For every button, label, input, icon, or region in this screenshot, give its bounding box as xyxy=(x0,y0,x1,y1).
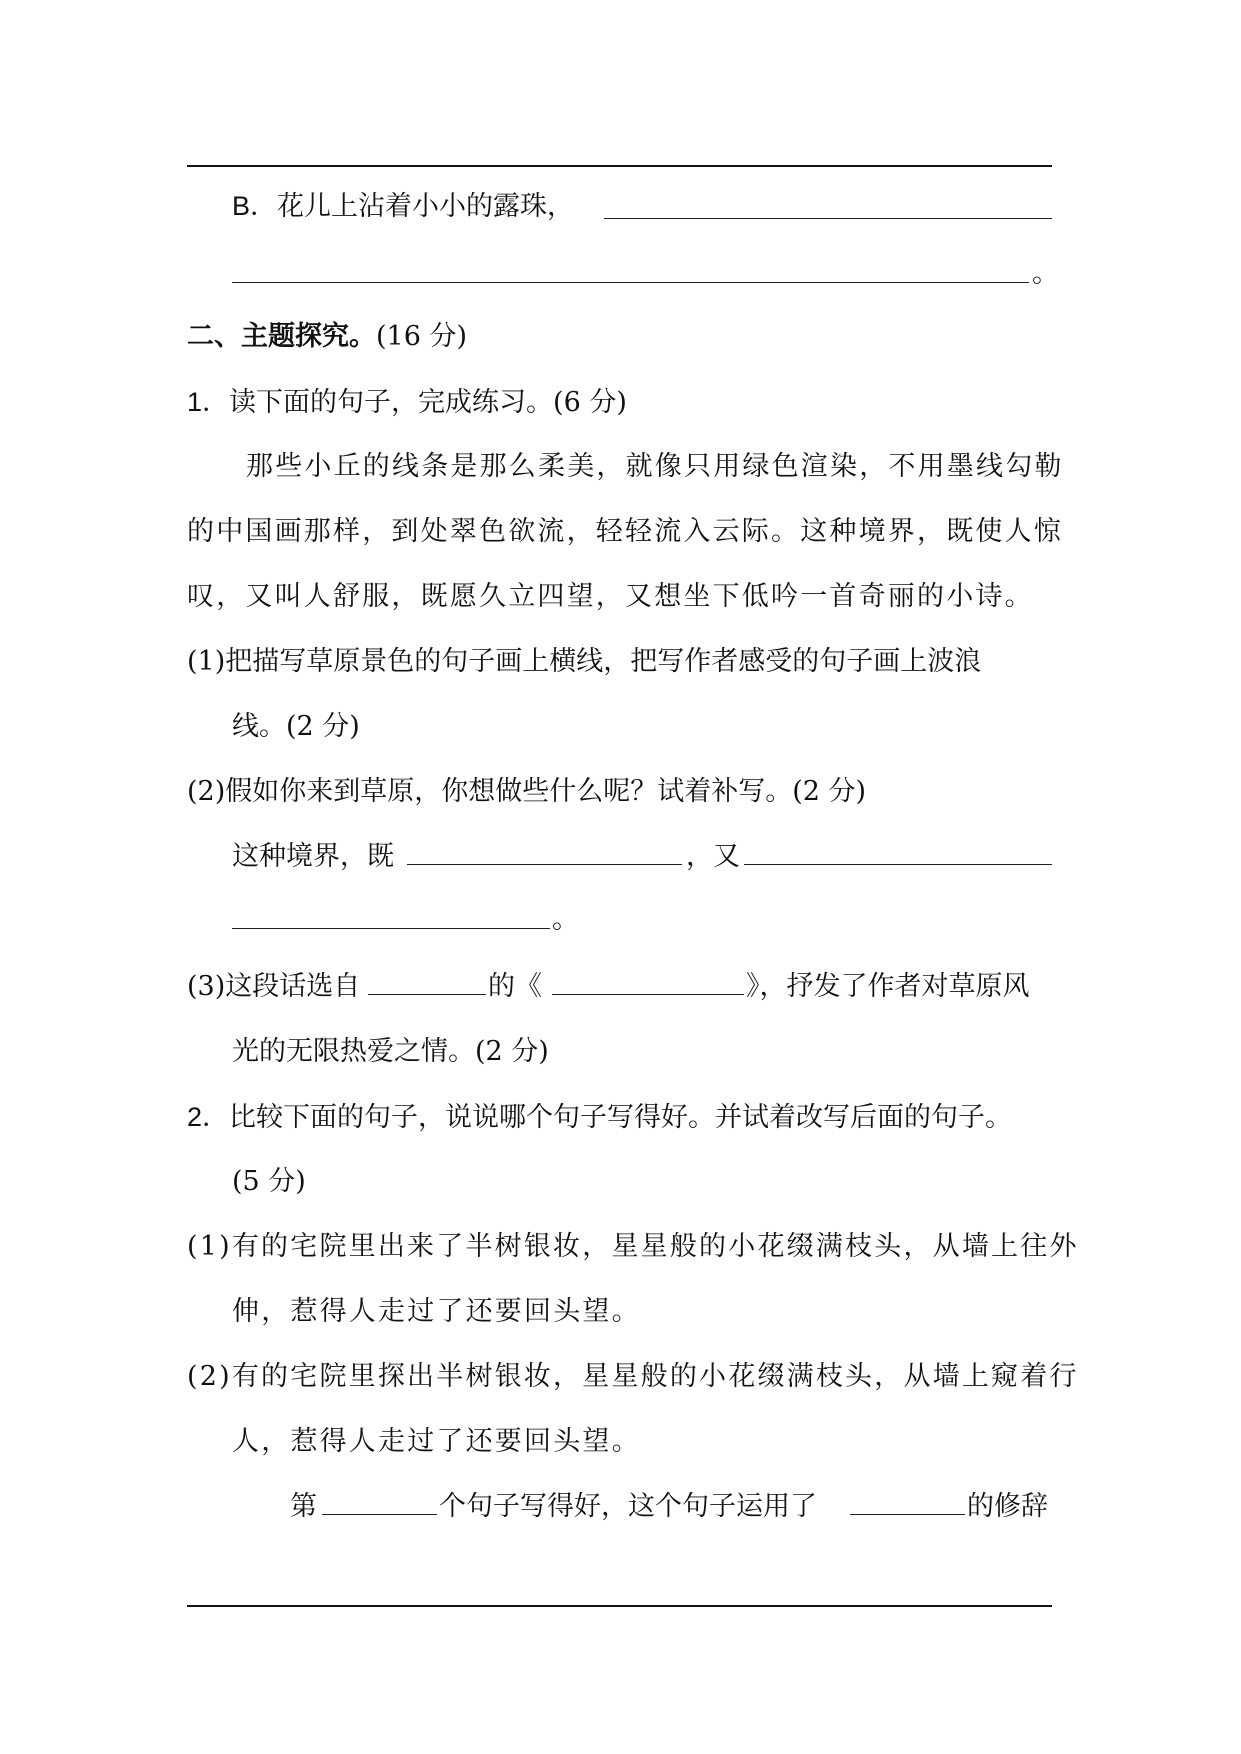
q1-prompt: 读下面的句子，完成练习。 xyxy=(229,387,553,418)
item-b-answer-blank-1[interactable] xyxy=(604,190,1052,219)
section-score: (16 分) xyxy=(376,321,467,352)
q1-sub1-label: (1) xyxy=(187,646,225,677)
q1-sub1-line-1: (1)把描写草原景色的句子画上横线，把写作者感受的句子画上波浪 xyxy=(187,644,981,680)
q1-sub3-line-2: 光的无限热爱之情。(2 分) xyxy=(232,1034,549,1070)
q1-sub2-line-1: (2)假如你来到草原，你想做些什么呢？试着补写。(2 分) xyxy=(187,774,866,810)
item-b: B．花儿上沾着小小的露珠， xyxy=(232,188,574,225)
q2-sentence1-label: (1) xyxy=(187,1231,232,1262)
q1-sub2-score: (2 分) xyxy=(792,776,866,807)
q2-sentence1-line-2: 伸，惹得人走过了还要回头望。 xyxy=(232,1294,641,1330)
q2-sentence2-text: 有的宅院里探出半树银妆，星星般的小花缀满枝头，从墙上窥着行 xyxy=(232,1361,1079,1392)
q2-answer-part3: 的修辞 xyxy=(967,1489,1048,1525)
q1-sub1-text: 把描写草原景色的句子画上横线，把写作者感受的句子画上波浪 xyxy=(225,646,981,677)
q2-sentence1-line-1: (1)有的宅院里出来了半树银妆，星星般的小花缀满枝头，从墙上往外 xyxy=(187,1229,1079,1265)
q1-sub1-text-cont: 线。 xyxy=(232,711,286,742)
top-rule xyxy=(187,165,1052,167)
q1-sub2-fill-prefix: 这种境界，既 xyxy=(232,839,394,875)
bottom-rule xyxy=(187,1605,1052,1607)
q1-sub2-label: (2) xyxy=(187,776,225,807)
q2-answer-rhetoric-blank[interactable] xyxy=(850,1486,965,1515)
q2-score: (5 分) xyxy=(232,1164,306,1200)
section-heading: 二、主题探究。(16 分) xyxy=(187,318,467,355)
q1-sub3-author-blank[interactable] xyxy=(368,966,486,995)
q2-heading: 2．比较下面的句子，说说哪个句子写得好。并试着改写后面的句子。 xyxy=(187,1099,1012,1136)
q1-passage-line-2: 的中国画那样，到处翠色欲流，轻轻流入云际。这种境界，既使人惊 xyxy=(187,514,1063,550)
q1-sub2-fill-end: 。 xyxy=(552,902,579,938)
q2-prompt: 比较下面的句子，说说哪个句子写得好。并试着改写后面的句子。 xyxy=(229,1102,1012,1133)
q1-passage-line-1: 那些小丘的线条是那么柔美，就像只用绿色渲染，不用墨线勾勒 xyxy=(246,449,1064,485)
q1-sub3-part1: (3)这段话选自 xyxy=(187,969,360,1005)
q2-answer-part2: 个句子写得好，这个句子运用了 xyxy=(439,1489,817,1525)
q1-sub3-score: (2 分) xyxy=(475,1036,549,1067)
q2-sentence2-line-2: 人，惹得人走过了还要回头望。 xyxy=(232,1424,641,1460)
item-b-text: 花儿上沾着小小的露珠， xyxy=(277,191,574,222)
q1-sub1-score: (2 分) xyxy=(286,711,360,742)
q2-sentence1-text: 有的宅院里出来了半树银妆，星星般的小花缀满枝头，从墙上往外 xyxy=(232,1231,1079,1262)
q1-sub3-part3: 》，抒发了作者对草原风 xyxy=(746,969,1030,1005)
q1-sub3-text-1: 这段话选自 xyxy=(225,971,360,1002)
section-title: 二、主题探究。 xyxy=(187,321,376,351)
q2-sentence2-line-1: (2)有的宅院里探出半树银妆，星星般的小花缀满枝头，从墙上窥着行 xyxy=(187,1359,1079,1395)
q1-sub2-text: 假如你来到草原，你想做些什么呢？试着补写。 xyxy=(225,776,792,807)
q2-answer-choice-blank[interactable] xyxy=(322,1486,437,1515)
q1-heading: 1．读下面的句子，完成练习。(6 分) xyxy=(187,384,627,421)
q1-sub3-text-cont: 光的无限热爱之情。 xyxy=(232,1036,475,1067)
item-b-end-mark: 。 xyxy=(1032,256,1059,292)
q2-number: 2． xyxy=(187,1102,229,1132)
q1-sub1-line-2: 线。(2 分) xyxy=(232,709,360,745)
q2-sentence2-label: (2) xyxy=(187,1361,232,1392)
q1-sub2-answer-blank-1[interactable] xyxy=(407,836,682,865)
q1-number: 1． xyxy=(187,387,229,417)
q1-passage-line-3: 叹，又叫人舒服，既愿久立四望，又想坐下低吟一首奇丽的小诗。 xyxy=(187,579,1034,615)
q1-sub3-part2: 的《 xyxy=(488,969,542,1005)
q1-sub3-label: (3) xyxy=(187,971,225,1002)
q1-sub2-fill-mid: ，又 xyxy=(686,839,740,875)
q1-sub2-answer-blank-2[interactable] xyxy=(744,836,1052,865)
q1-sub2-answer-blank-3[interactable] xyxy=(232,900,550,929)
q1-sub3-title-blank[interactable] xyxy=(552,966,744,995)
item-b-answer-blank-2[interactable] xyxy=(232,254,1029,283)
q1-score: (6 分) xyxy=(553,387,627,418)
q2-answer-part1: 第 xyxy=(290,1489,317,1525)
item-b-label: B． xyxy=(232,191,277,221)
